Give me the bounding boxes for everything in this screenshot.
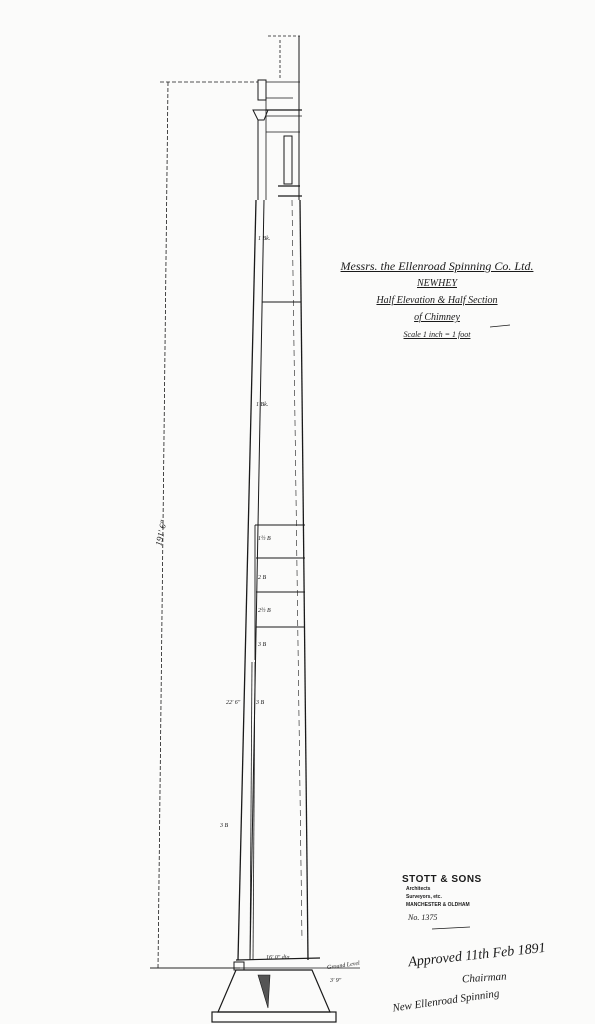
- thickness-label-4: 2 B: [258, 575, 266, 581]
- shaft-outer-right: [300, 200, 308, 960]
- shaft-outer-left: [238, 200, 256, 960]
- foundation: [218, 970, 330, 1012]
- thickness-label-2: 1 Bk.: [256, 402, 268, 408]
- thickness-label-6: 3 B: [258, 642, 266, 648]
- stamp-firm: STOTT & SONS: [402, 874, 502, 885]
- thickness-label-5: 2½ B: [258, 608, 271, 614]
- stamp-line3: Surveyors, etc.: [406, 893, 502, 901]
- title-subject: of Chimney: [322, 309, 552, 326]
- wall-at-base-label: 3 B: [220, 823, 228, 829]
- thickness-label-1: 1 Bk.: [258, 236, 270, 242]
- title-drawing-type: Half Elevation & Half Section: [322, 292, 552, 309]
- depth-label: 3' 9": [330, 978, 341, 984]
- wall-base-label: 3 B: [256, 700, 264, 706]
- title-block: Messrs. the Ellenroad Spinning Co. Ltd. …: [322, 258, 552, 343]
- stamp-line2: Architects: [406, 885, 502, 893]
- flue-label: 16' 0" dia.: [266, 955, 291, 961]
- title-location: NEWHEY: [322, 275, 552, 292]
- base-width-label: 22' 6": [226, 700, 240, 706]
- stamp-line4: MANCHESTER & OLDHAM: [406, 901, 502, 909]
- chimney-elevation-drawing: [0, 0, 595, 1024]
- architect-stamp: STOTT & SONS Architects Surveyors, etc. …: [402, 874, 502, 922]
- thickness-label-3: 1½ B: [258, 536, 271, 542]
- title-scale: Scale 1 inch = 1 foot: [322, 326, 552, 343]
- stamp-ref: No. 1375: [408, 913, 502, 922]
- title-client: Messrs. the Ellenroad Spinning Co. Ltd.: [322, 258, 552, 275]
